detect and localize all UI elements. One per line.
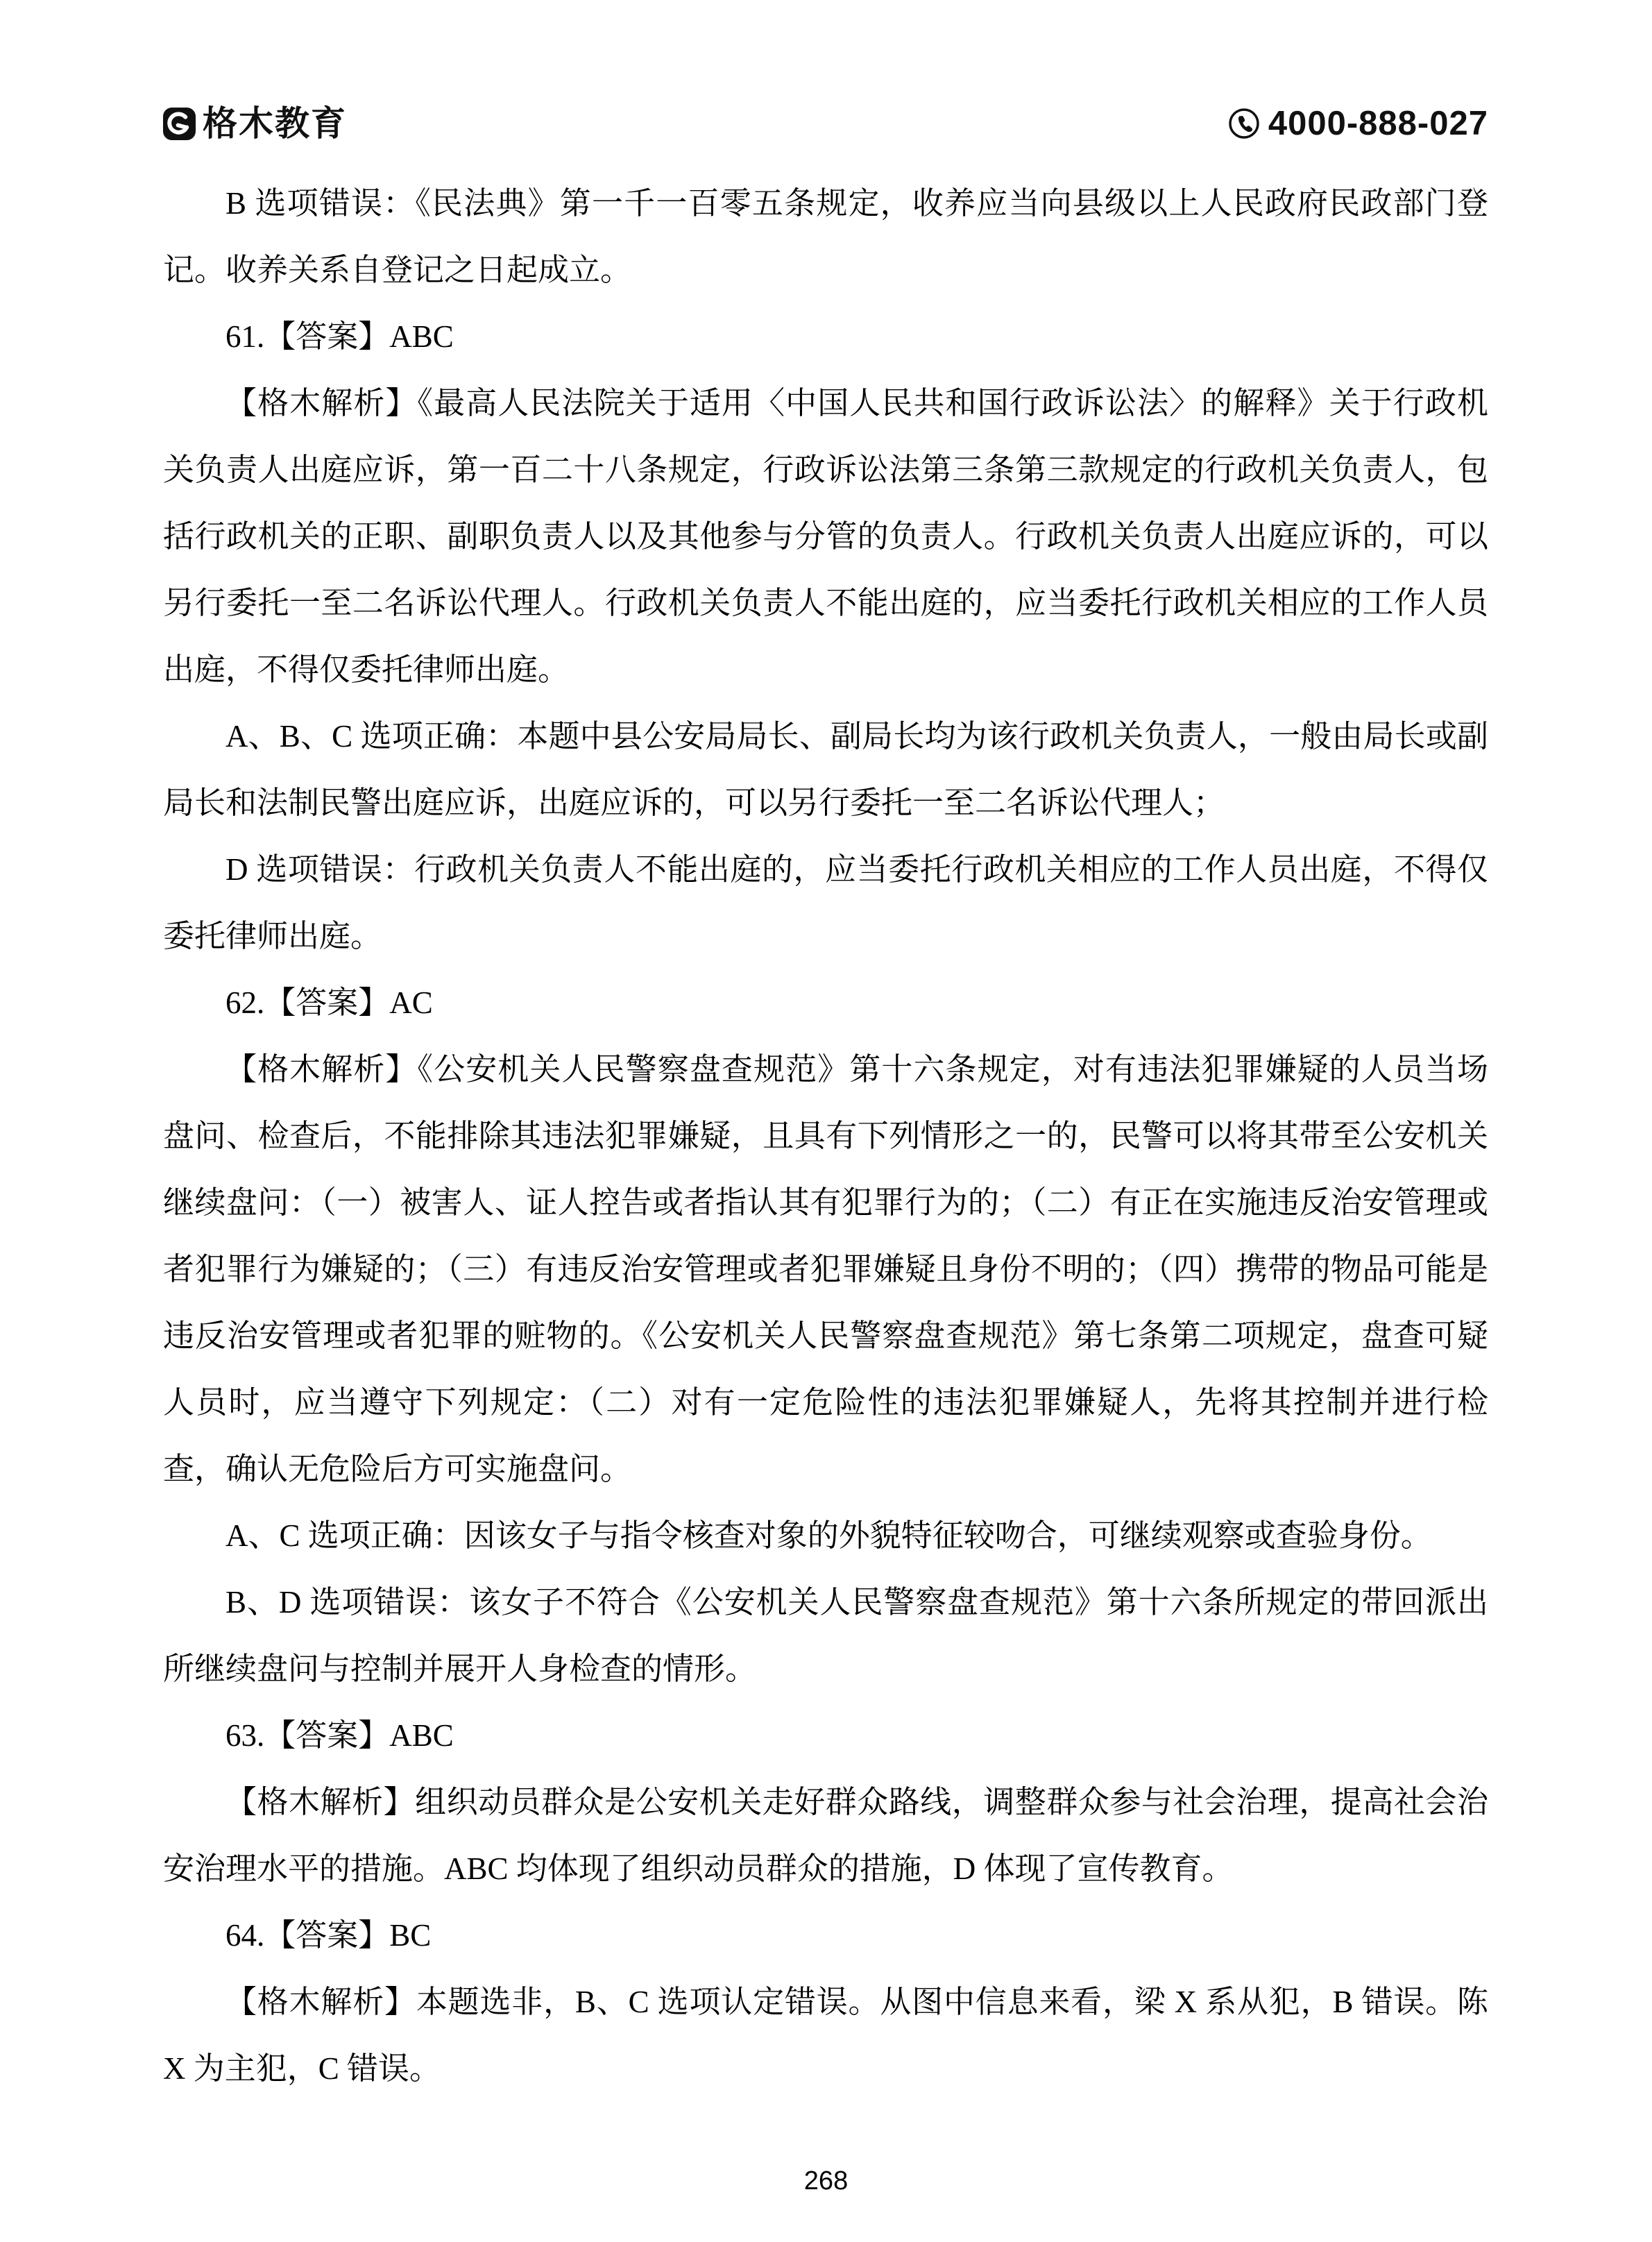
page-number: 268 bbox=[804, 2166, 848, 2196]
answer-explanations: B 选项错误：《民法典》第一千一百零五条规定，收养应当向县级以上人民政府民政部门… bbox=[163, 170, 1488, 2102]
paragraph: 62.【答案】AC bbox=[163, 969, 1488, 1036]
paragraph: 64.【答案】BC bbox=[163, 1902, 1488, 1969]
paragraph: D 选项错误：行政机关负责人不能出庭的，应当委托行政机关相应的工作人员出庭，不得… bbox=[163, 836, 1488, 969]
gemu-logo-icon bbox=[163, 108, 196, 140]
paragraph: 【格木解析】《最高人民法院关于适用〈中国人民共和国行政诉讼法〉的解释》关于行政机… bbox=[163, 370, 1488, 703]
phone-number: 4000-888-027 bbox=[1268, 107, 1488, 141]
paragraph: 【格木解析】本题选非，B、C 选项认定错误。从图中信息来看，梁 X 系从犯，B … bbox=[163, 1969, 1488, 2102]
paragraph: B、D 选项错误：该女子不符合《公安机关人民警察盘查规范》第十六条所规定的带回派… bbox=[163, 1569, 1488, 1702]
contact-phone: 4000-888-027 bbox=[1228, 107, 1488, 141]
paragraph: 【格木解析】《公安机关人民警察盘查规范》第十六条规定，对有违法犯罪嫌疑的人员当场… bbox=[163, 1036, 1488, 1502]
paragraph: A、C 选项正确：因该女子与指令核查对象的外貌特征较吻合，可继续观察或查验身份。 bbox=[163, 1502, 1488, 1569]
brand-name: 格木教育 bbox=[203, 106, 347, 141]
page-header: 格木教育 4000-888-027 bbox=[163, 103, 1488, 144]
page-footer: 268 bbox=[0, 2166, 1652, 2196]
paragraph: B 选项错误：《民法典》第一千一百零五条规定，收养应当向县级以上人民政府民政部门… bbox=[163, 170, 1488, 303]
paragraph: 【格木解析】组织动员群众是公安机关走好群众路线，调整群众参与社会治理，提高社会治… bbox=[163, 1769, 1488, 1902]
paragraph: 61.【答案】ABC bbox=[163, 303, 1488, 370]
paragraph: 63.【答案】ABC bbox=[163, 1702, 1488, 1769]
paragraph: A、B、C 选项正确：本题中县公安局局长、副局长均为该行政机关负责人，一般由局长… bbox=[163, 703, 1488, 836]
phone-icon bbox=[1228, 108, 1260, 139]
brand: 格木教育 bbox=[163, 106, 347, 141]
document-page: 格木教育 4000-888-027 B 选项错误：《民法典》第一千一百零五条规定… bbox=[0, 0, 1652, 2242]
